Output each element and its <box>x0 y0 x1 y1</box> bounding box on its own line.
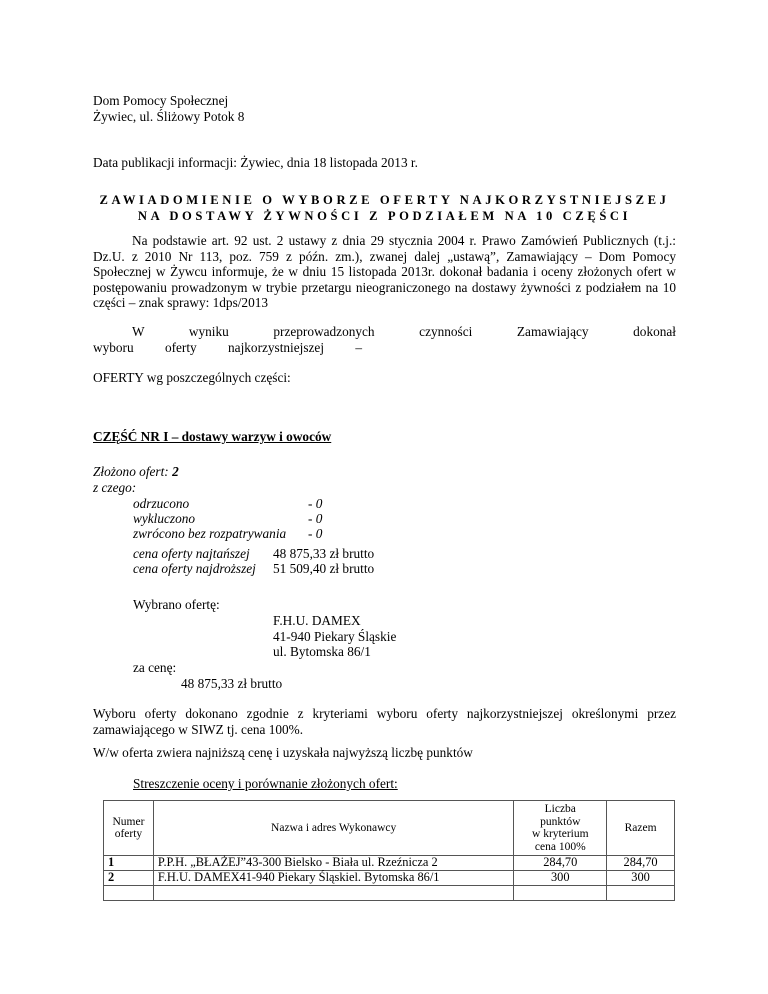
title-line-1: ZAWIADOMIENIE O WYBORZE OFERTY NAJKORZYS… <box>93 192 676 208</box>
cheapest-value: 48 875,33 zł brutto <box>273 546 374 562</box>
cell-points <box>514 886 607 901</box>
publication-date: Data publikacji informacji: Żywiec, dnia… <box>93 155 418 171</box>
header-name: Nazwa i adres Wykonawcy <box>153 801 514 856</box>
of-which-label: z czego: <box>93 480 136 496</box>
selected-label: Wybrano ofertę: <box>133 597 220 613</box>
header-number: Numer oferty <box>104 801 154 856</box>
part1-heading: CZĘŚĆ NR I – dostawy warzyw i owoców <box>93 429 331 445</box>
table-row-empty <box>104 886 675 901</box>
title-line-2: NA DOSTAWY ŻYWNOŚCI Z PODZIAŁEM NA 10 CZ… <box>93 208 676 224</box>
status-excluded-value: - 0 <box>308 511 322 527</box>
header-total: Razem <box>607 801 675 856</box>
table-header-row: Numer oferty Nazwa i adres Wykonawcy Lic… <box>104 801 675 856</box>
justification-text: W/w oferta zwiera najniższą cenę i uzysk… <box>93 745 473 761</box>
cell-total: 300 <box>607 871 675 886</box>
cell-number: 1 <box>104 856 154 871</box>
status-rejected-value: - 0 <box>308 496 322 512</box>
criteria-text: Wyboru oferty dokonano zgodnie z kryteri… <box>93 706 676 737</box>
header-points-line2: punktów <box>518 816 602 829</box>
price-label: za cenę: <box>133 660 176 676</box>
cell-points: 300 <box>514 871 607 886</box>
cell-points: 284,70 <box>514 856 607 871</box>
org-name: Dom Pomocy Społecznej <box>93 93 228 109</box>
most-expensive-label: cena oferty najdroższej <box>133 561 256 577</box>
submitted-count: 2 <box>172 464 179 479</box>
header-points: Liczba punktów w kryterium cena 100% <box>514 801 607 856</box>
selected-company: F.H.U. DAMEX <box>273 613 361 629</box>
submitted-label: Złożono ofert: <box>93 464 169 479</box>
table-row: 1 P.P.H. „BŁAŻEJ”43-300 Bielsko - Biała … <box>104 856 675 871</box>
most-expensive-value: 51 509,40 zł brutto <box>273 561 374 577</box>
status-excluded-label: wykluczono <box>133 511 195 527</box>
result-paragraph: W wyniku przeprowadzonych czynności Zama… <box>93 324 676 355</box>
header-points-line4: cena 100% <box>518 841 602 854</box>
header-number-line1: Numer <box>108 816 149 829</box>
cell-number: 2 <box>104 871 154 886</box>
org-address: Żywiec, ul. Śliżowy Potok 8 <box>93 109 244 125</box>
document-title: ZAWIADOMIENIE O WYBORZE OFERTY NAJKORZYS… <box>93 192 676 224</box>
cell-total: 284,70 <box>607 856 675 871</box>
status-returned-value: - 0 <box>308 526 322 542</box>
summary-heading: Streszczenie oceny i porównanie złożonyc… <box>133 776 398 792</box>
selected-street: ul. Bytomska 86/1 <box>273 644 371 660</box>
cell-name <box>153 886 514 901</box>
submitted-offers: Złożono ofert: 2 <box>93 464 179 480</box>
header-points-line3: w kryterium <box>518 828 602 841</box>
header-points-line1: Liczba <box>518 803 602 816</box>
selected-city: 41-940 Piekary Śląskie <box>273 629 396 645</box>
offers-heading: OFERTY wg poszczególnych części: <box>93 370 291 386</box>
cheapest-label: cena oferty najtańszej <box>133 546 250 562</box>
price-value: 48 875,33 zł brutto <box>181 676 282 692</box>
status-returned-label: zwrócono bez rozpatrywania <box>133 526 286 542</box>
status-rejected-label: odrzucono <box>133 496 189 512</box>
cell-name: F.H.U. DAMEX41-940 Piekary Śląskiel. Byt… <box>153 871 514 886</box>
summary-table: Numer oferty Nazwa i adres Wykonawcy Lic… <box>103 800 675 901</box>
intro-paragraph: Na podstawie art. 92 ust. 2 ustawy z dni… <box>93 233 676 311</box>
table-row: 2 F.H.U. DAMEX41-940 Piekary Śląskiel. B… <box>104 871 675 886</box>
cell-number <box>104 886 154 901</box>
cell-name: P.P.H. „BŁAŻEJ”43-300 Bielsko - Biała ul… <box>153 856 514 871</box>
header-number-line2: oferty <box>108 828 149 841</box>
cell-total <box>607 886 675 901</box>
